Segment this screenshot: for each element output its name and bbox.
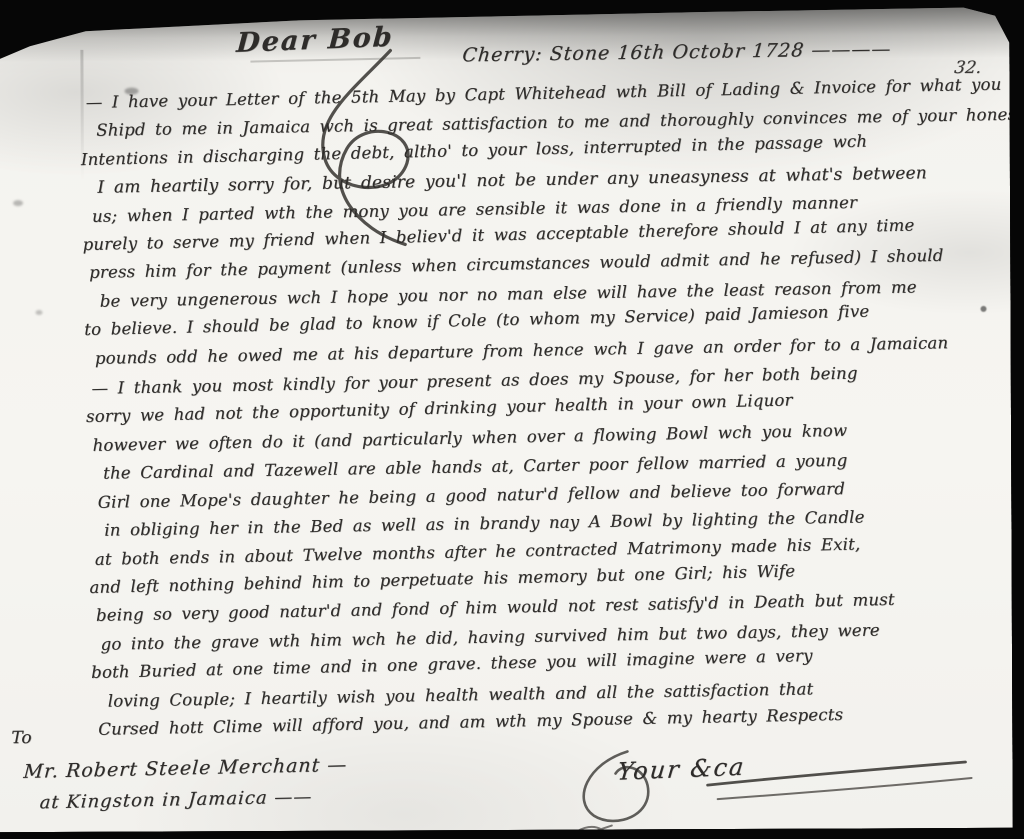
bottom-ink-mark <box>558 819 648 839</box>
address-recipient: Mr. Robert Steele Merchant — <box>23 754 348 783</box>
address-to: To <box>11 728 31 748</box>
letter-scan: { "letter": { "page_number": "32.", "sal… <box>0 0 1024 839</box>
scan-smudge <box>13 200 23 206</box>
dateline: Cherry: Stone 16th Octobr 1728 ———— <box>461 38 892 66</box>
paper-sheet: Dear Bob Cherry: Stone 16th Octobr 1728 … <box>0 6 1013 832</box>
signature-text: Your &ca <box>616 753 747 786</box>
signature-block: Your &ca <box>557 732 977 834</box>
scan-smudge <box>36 310 43 315</box>
letter-body: — I have your Letter of the 5th May by C… <box>85 71 1008 744</box>
address-place: at Kingston in Jamaica —— <box>39 786 313 813</box>
